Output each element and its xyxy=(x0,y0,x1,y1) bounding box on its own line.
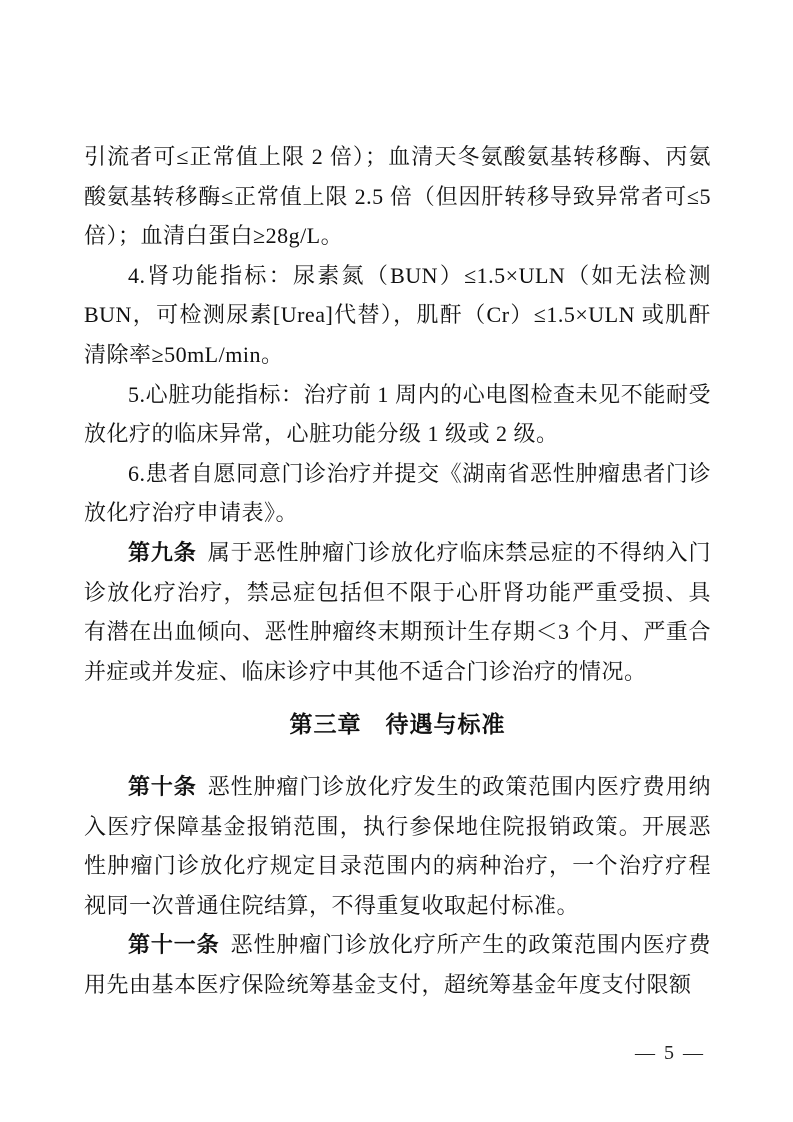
document-page: 引流者可≤正常值上限 2 倍）；血清天冬氨酸氨基转移酶、丙氨酸氨基转移酶≤正常值… xyxy=(0,0,793,1122)
paragraph-text: 引流者可≤正常值上限 2 倍）；血清天冬氨酸氨基转移酶、丙氨酸氨基转移酶≤正常值… xyxy=(84,144,711,248)
article-number: 第十一条 xyxy=(128,932,220,957)
paragraph-text: 5.心脏功能指标：治疗前 1 周内的心电图检查未见不能耐受放化疗的临床异常，心脏… xyxy=(84,382,711,447)
paragraph-item-6: 6.患者自愿同意门诊治疗并提交《湖南省恶性肿瘤患者门诊放化疗治疗申请表》。 xyxy=(84,454,711,533)
paragraph-text: 6.患者自愿同意门诊治疗并提交《湖南省恶性肿瘤患者门诊放化疗治疗申请表》。 xyxy=(84,461,711,526)
document-content: 引流者可≤正常值上限 2 倍）；血清天冬氨酸氨基转移酶、丙氨酸氨基转移酶≤正常值… xyxy=(84,137,711,1004)
paragraph-article-11: 第十一条恶性肿瘤门诊放化疗所产生的政策范围内医疗费用先由基本医疗保险统筹基金支付… xyxy=(84,925,711,1004)
article-number: 第九条 xyxy=(128,540,197,565)
paragraph-item-5: 5.心脏功能指标：治疗前 1 周内的心电图检查未见不能耐受放化疗的临床异常，心脏… xyxy=(84,375,711,454)
paragraph-item-4: 4.肾功能指标：尿素氮（BUN）≤1.5×ULN（如无法检测BUN，可检测尿素[… xyxy=(84,256,711,375)
page-number: — 5 — xyxy=(635,1041,705,1065)
chapter-heading: 第三章 待遇与标准 xyxy=(84,705,711,745)
paragraph-article-9: 第九条属于恶性肿瘤门诊放化疗临床禁忌症的不得纳入门诊放化疗治疗，禁忌症包括但不限… xyxy=(84,533,711,691)
paragraph-text: 4.肾功能指标：尿素氮（BUN）≤1.5×ULN（如无法检测BUN，可检测尿素[… xyxy=(84,263,711,367)
article-number: 第十条 xyxy=(128,774,197,799)
paragraph-continuation: 引流者可≤正常值上限 2 倍）；血清天冬氨酸氨基转移酶、丙氨酸氨基转移酶≤正常值… xyxy=(84,137,711,256)
paragraph-article-10: 第十条恶性肿瘤门诊放化疗发生的政策范围内医疗费用纳入医疗保障基金报销范围，执行参… xyxy=(84,767,711,925)
